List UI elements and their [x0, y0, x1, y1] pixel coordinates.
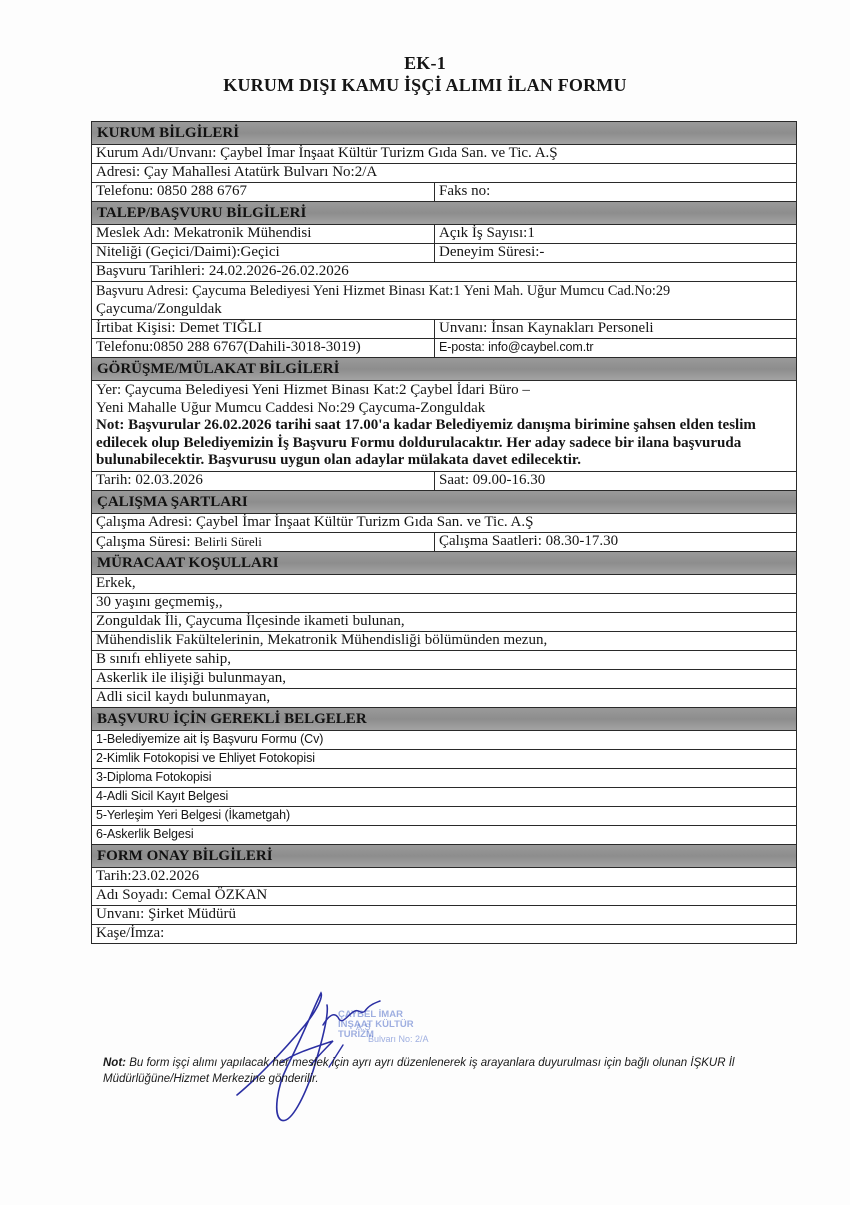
interview-date: Tarih: 02.03.2026 — [92, 472, 435, 490]
interview-note: Not: Başvurular 26.02.2026 tarihi saat 1… — [96, 417, 792, 470]
requirement-item: Adli sicil kaydı bulunmayan, — [92, 689, 796, 707]
approver-name: Adı Soyadı: Cemal ÖZKAN — [92, 887, 796, 905]
requirement-item: Askerlik ile ilişiği bulunmayan, — [92, 670, 796, 688]
work-hours: Çalışma Saatleri: 08.30-17.30 — [435, 533, 796, 552]
work-duration-label: Çalışma Süresi: — [96, 534, 191, 550]
contact-person: İrtibat Kişisi: Demet TIĞLI — [92, 320, 435, 338]
contact-phone-row: Telefonu:0850 288 6767(Dahili-3018-3019)… — [92, 339, 796, 358]
contact-phone: Telefonu:0850 288 6767(Dahili-3018-3019) — [92, 339, 435, 357]
requirement-row: Adli sicil kaydı bulunmayan, — [92, 689, 796, 708]
approver-title: Unvanı: Şirket Müdürü — [92, 906, 796, 924]
required-document-item: 3-Diploma Fotokopisi — [92, 769, 796, 787]
institution-phone-row: Telefonu: 0850 288 6767 Faks no: — [92, 183, 796, 202]
company-stamp: ÇAYBEL İMAR İNŞAAT KÜLTÜR TURİZM A.Ş Bul… — [298, 1010, 438, 1048]
requirement-item: B sınıfı ehliyete sahip, — [92, 651, 796, 669]
required-document-row: 3-Diploma Fotokopisi — [92, 769, 796, 788]
section-header-interview: GÖRÜŞME/MÜLAKAT BİLGİLERİ — [92, 358, 796, 381]
open-positions: Açık İş Sayısı:1 — [435, 225, 796, 243]
footer-note-label: Not: — [103, 1057, 126, 1069]
institution-fax: Faks no: — [435, 183, 796, 201]
application-dates-row: Başvuru Tarihleri: 24.02.2026-26.02.2026 — [92, 263, 796, 282]
footer-note: Not: Bu form işçi alımı yapılacak her me… — [103, 1056, 783, 1087]
interview-datetime-row: Tarih: 02.03.2026 Saat: 09.00-16.30 — [92, 472, 796, 491]
approval-date: Tarih:23.02.2026 — [92, 868, 796, 886]
application-address-line2: Çaycuma/Zonguldak — [96, 301, 792, 319]
required-document-item: 5-Yerleşim Yeri Belgesi (İkametgah) — [92, 807, 796, 825]
experience-duration: Deneyim Süresi:- — [435, 244, 796, 262]
institution-address-row: Adresi: Çay Mahallesi Atatürk Bulvarı No… — [92, 164, 796, 183]
section-header-institution: KURUM BİLGİLERİ — [92, 122, 796, 145]
section-header-application: TALEP/BAŞVURU BİLGİLERİ — [92, 202, 796, 225]
work-address: Çalışma Adresi: Çaybel İmar İnşaat Kültü… — [92, 514, 796, 532]
announcement-form-table: KURUM BİLGİLERİ Kurum Adı/Unvanı: Çaybel… — [91, 121, 797, 944]
requirement-row: Mühendislik Fakültelerinin, Mekatronik M… — [92, 632, 796, 651]
work-duration-value: Belirli Süreli — [194, 534, 262, 549]
application-address-row: Başvuru Adresi: Çaycuma Belediyesi Yeni … — [92, 282, 796, 320]
requirement-item: 30 yaşını geçmemiş,, — [92, 594, 796, 612]
contact-person-row: İrtibat Kişisi: Demet TIĞLI Unvanı: İnsa… — [92, 320, 796, 339]
requirement-row: B sınıfı ehliyete sahip, — [92, 651, 796, 670]
document-title-block: EK-1 KURUM DIŞI KAMU İŞÇİ ALIMI İLAN FOR… — [0, 52, 850, 96]
interview-details: Yer: Çaycuma Belediyesi Yeni Hizmet Bina… — [92, 381, 796, 471]
requirement-row: Askerlik ile ilişiği bulunmayan, — [92, 670, 796, 689]
requirement-row: 30 yaşını geçmemiş,, — [92, 594, 796, 613]
required-document-row: 1-Belediyemize ait İş Başvuru Formu (Cv) — [92, 731, 796, 750]
approver-name-row: Adı Soyadı: Cemal ÖZKAN — [92, 887, 796, 906]
required-document-item: 2-Kimlik Fotokopisi ve Ehliyet Fotokopis… — [92, 750, 796, 768]
required-documents-list: 1-Belediyemize ait İş Başvuru Formu (Cv)… — [92, 731, 796, 845]
institution-phone: Telefonu: 0850 288 6767 — [92, 183, 435, 201]
required-document-row: 2-Kimlik Fotokopisi ve Ehliyet Fotokopis… — [92, 750, 796, 769]
institution-name: Kurum Adı/Unvanı: Çaybel İmar İnşaat Kül… — [92, 145, 796, 163]
nature-row: Niteliği (Geçici/Daimi):Geçici Deneyim S… — [92, 244, 796, 263]
application-dates: Başvuru Tarihleri: 24.02.2026-26.02.2026 — [92, 263, 796, 281]
section-header-requirements: MÜRACAAT KOŞULLARI — [92, 552, 796, 575]
requirement-item: Mühendislik Fakültelerinin, Mekatronik M… — [92, 632, 796, 650]
work-duration: Çalışma Süresi: Belirli Süreli — [92, 533, 435, 552]
contact-email[interactable]: E-posta: info@caybel.com.tr — [435, 339, 796, 357]
institution-name-row: Kurum Adı/Unvanı: Çaybel İmar İnşaat Kül… — [92, 145, 796, 164]
work-address-row: Çalışma Adresi: Çaybel İmar İnşaat Kültü… — [92, 514, 796, 533]
stamp-signature-row: Kaşe/İmza: — [92, 925, 796, 944]
footer-note-text: Bu form işçi alımı yapılacak her meslek … — [103, 1057, 734, 1085]
required-document-row: 5-Yerleşim Yeri Belgesi (İkametgah) — [92, 807, 796, 826]
occupation-name: Meslek Adı: Mekatronik Mühendisi — [92, 225, 435, 243]
contact-title: Unvanı: İnsan Kaynakları Personeli — [435, 320, 796, 338]
stamp-signature-label: Kaşe/İmza: — [92, 925, 796, 943]
section-header-form-approval: FORM ONAY BİLGİLERİ — [92, 845, 796, 868]
required-document-item: 1-Belediyemize ait İş Başvuru Formu (Cv) — [92, 731, 796, 749]
requirements-list: Erkek,30 yaşını geçmemiş,,Zonguldak İli,… — [92, 575, 796, 708]
stamp-line2: A.Ş — [356, 1022, 371, 1032]
stamp-line3: Bulvarı No: 2/A — [368, 1034, 429, 1044]
application-address: Başvuru Adresi: Çaycuma Belediyesi Yeni … — [92, 282, 796, 319]
position-nature: Niteliği (Geçici/Daimi):Geçici — [92, 244, 435, 262]
required-document-item: 6-Askerlik Belgesi — [92, 826, 796, 844]
requirement-item: Zonguldak İli, Çaycuma İlçesinde ikameti… — [92, 613, 796, 631]
handwritten-signature — [225, 975, 405, 1125]
requirement-item: Erkek, — [92, 575, 796, 593]
interview-details-row: Yer: Çaycuma Belediyesi Yeni Hizmet Bina… — [92, 381, 796, 472]
stamp-line1: ÇAYBEL İMAR İNŞAAT KÜLTÜR TURİZM — [338, 1010, 438, 1040]
application-address-line1: Başvuru Adresi: Çaycuma Belediyesi Yeni … — [96, 283, 792, 301]
interview-place-line2: Yeni Mahalle Uğur Mumcu Caddesi No:29 Ça… — [96, 400, 792, 418]
requirement-row: Erkek, — [92, 575, 796, 594]
required-document-row: 6-Askerlik Belgesi — [92, 826, 796, 845]
section-header-work-conditions: ÇALIŞMA ŞARTLARI — [92, 491, 796, 514]
work-duration-row: Çalışma Süresi: Belirli Süreli Çalışma S… — [92, 533, 796, 553]
required-document-row: 4-Adli Sicil Kayıt Belgesi — [92, 788, 796, 807]
interview-place-line1: Yer: Çaycuma Belediyesi Yeni Hizmet Bina… — [96, 382, 792, 400]
institution-address: Adresi: Çay Mahallesi Atatürk Bulvarı No… — [92, 164, 796, 182]
approval-date-row: Tarih:23.02.2026 — [92, 868, 796, 887]
form-title: KURUM DIŞI KAMU İŞÇİ ALIMI İLAN FORMU — [0, 74, 850, 96]
section-header-required-documents: BAŞVURU İÇİN GEREKLİ BELGELER — [92, 708, 796, 731]
interview-time: Saat: 09.00-16.30 — [435, 472, 796, 490]
approver-title-row: Unvanı: Şirket Müdürü — [92, 906, 796, 925]
annex-label: EK-1 — [0, 52, 850, 74]
requirement-row: Zonguldak İli, Çaycuma İlçesinde ikameti… — [92, 613, 796, 632]
occupation-row: Meslek Adı: Mekatronik Mühendisi Açık İş… — [92, 225, 796, 244]
required-document-item: 4-Adli Sicil Kayıt Belgesi — [92, 788, 796, 806]
